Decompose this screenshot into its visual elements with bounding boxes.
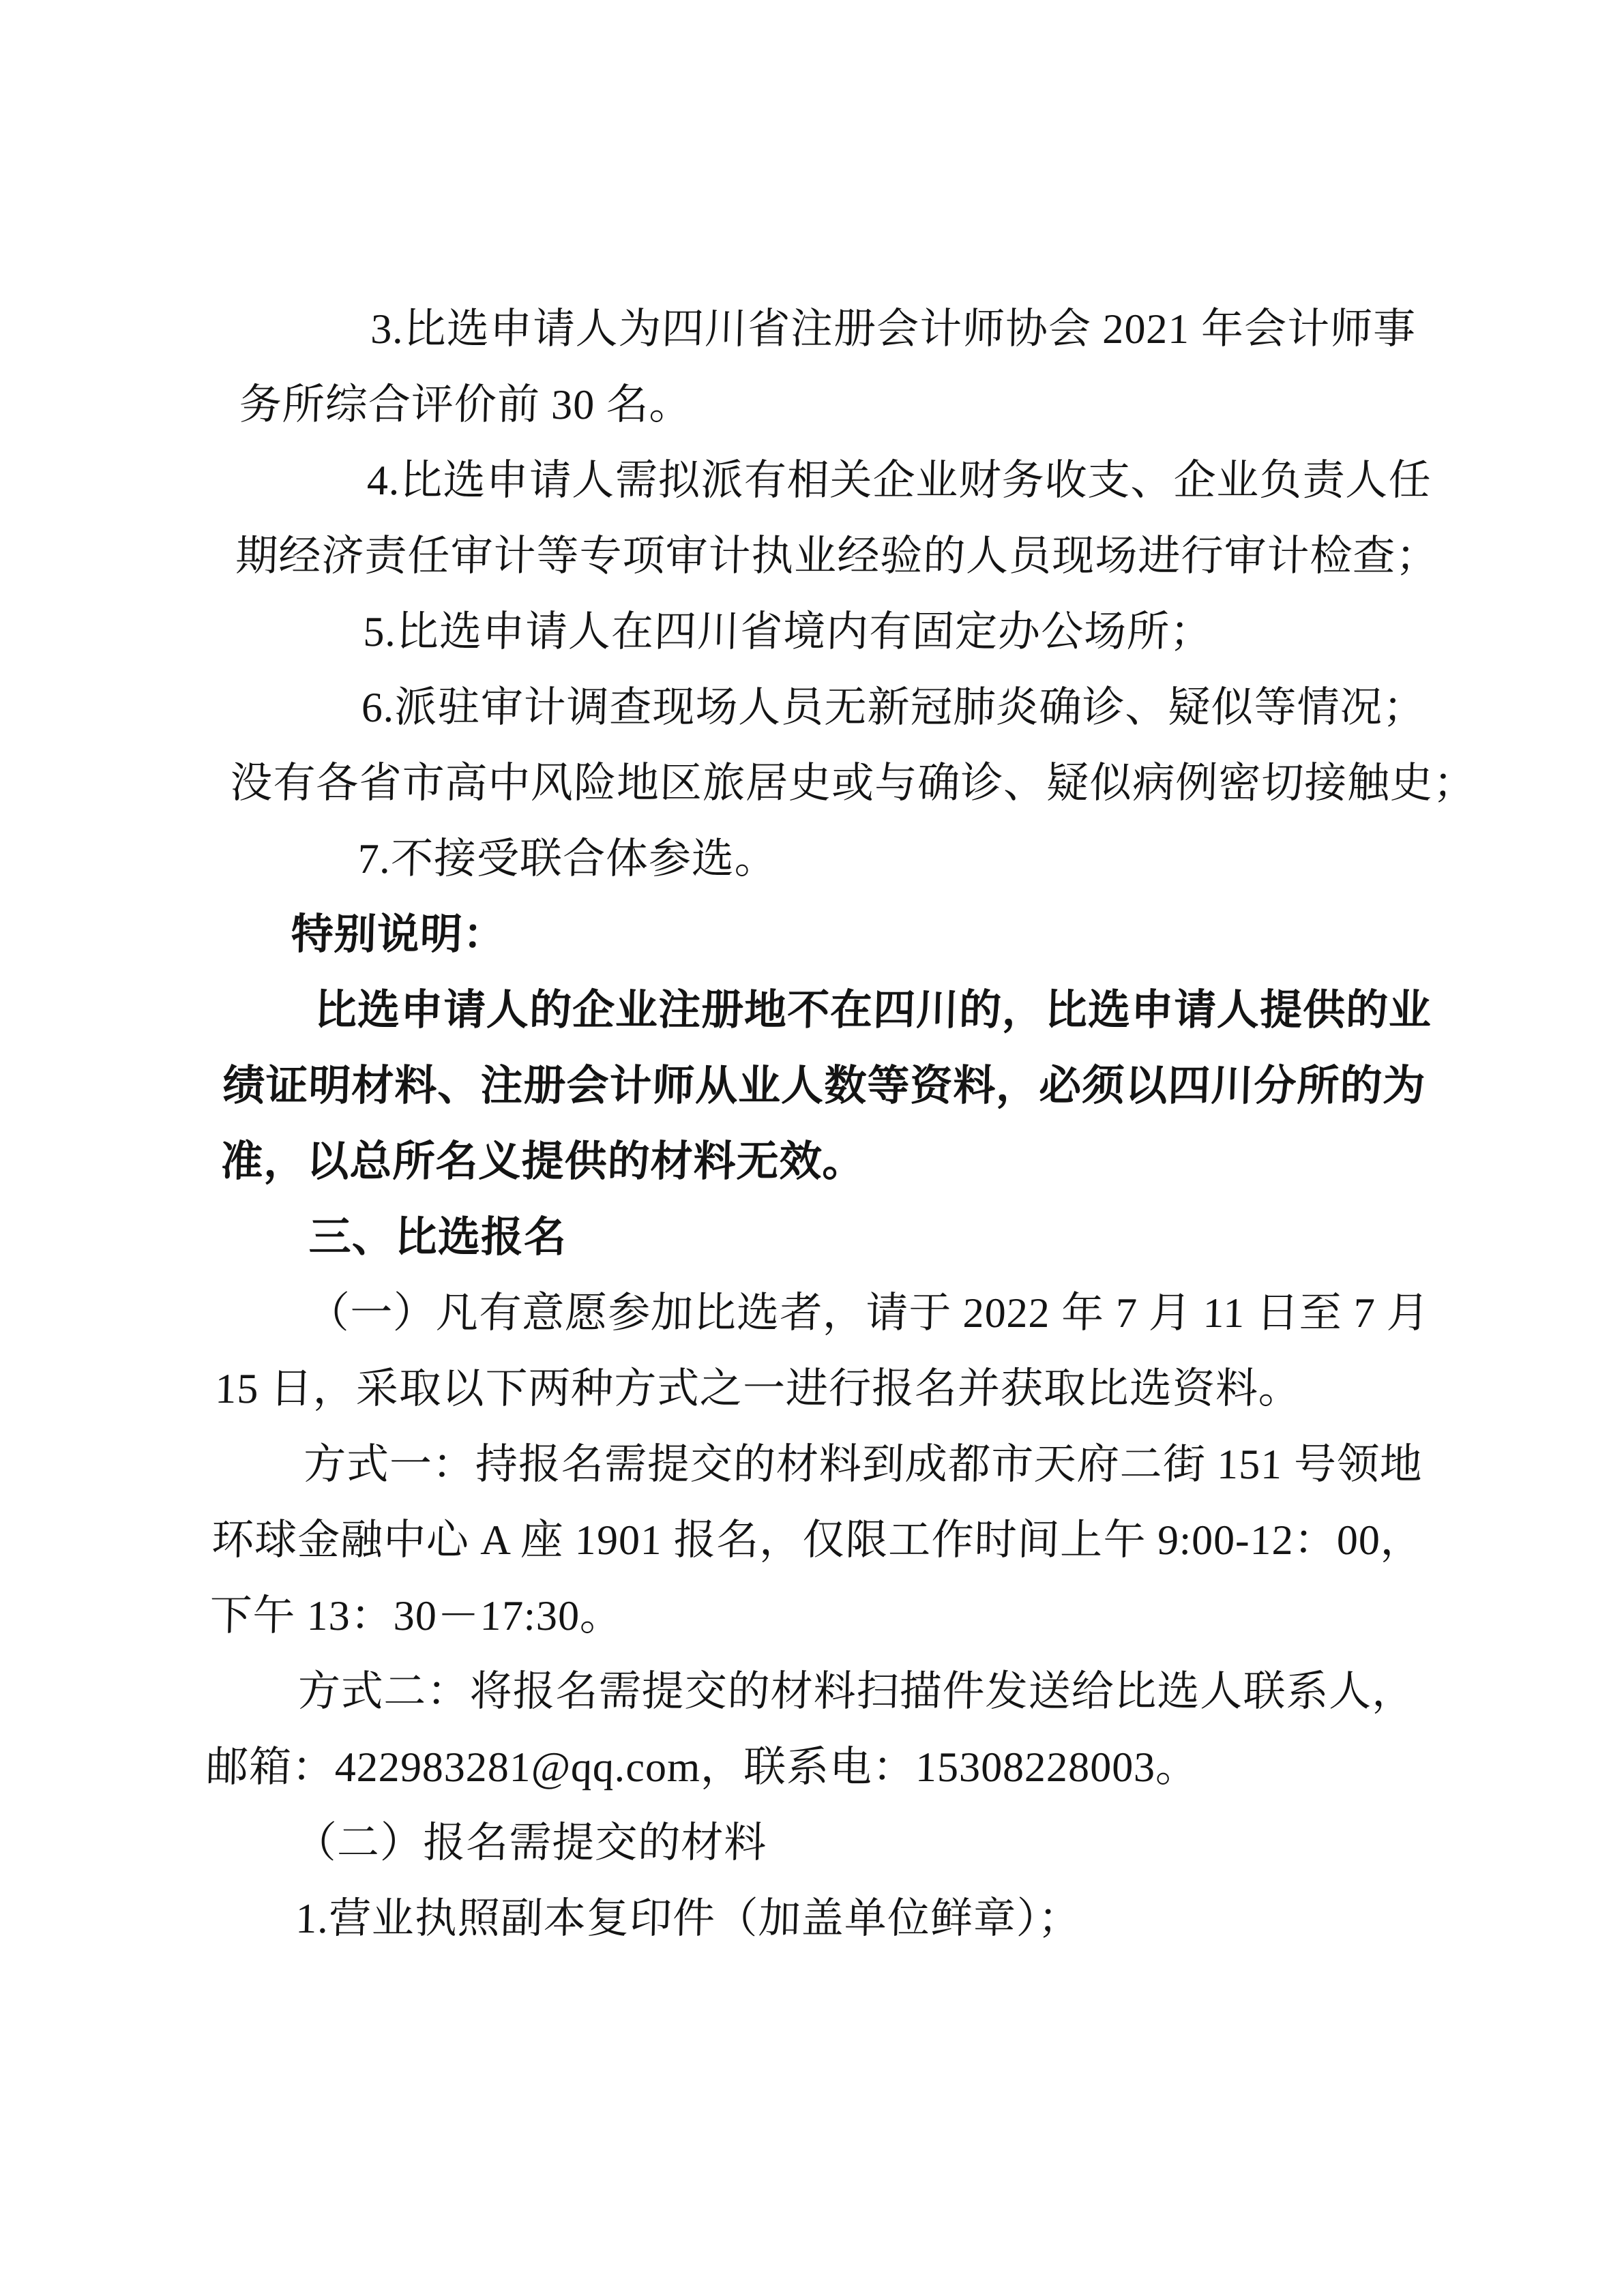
item3-line2: 务所综合评价前 30 名。	[238, 368, 1468, 443]
special-note-line1: 比选申请人的企业注册地不在四川的，比选申请人提供的业	[224, 973, 1453, 1049]
document-page: 3.比选申请人为四川省注册会计师协会 2021 年会计师事 务所综合评价前 30…	[0, 0, 1624, 2296]
method2-line2: 邮箱：422983281@qq.com，联系电：15308228003。	[205, 1730, 1435, 1806]
item6-line2: 没有各省市高中风险地区旅居史或与确诊、疑似病例密切接触史；	[229, 746, 1459, 822]
item4-line1: 4.比选申请人需拟派有相关企业财务收支、企业负责人任	[237, 443, 1466, 519]
material-item1-line: 1.营业执照副本复印件（加盖单位鲜章）；	[201, 1881, 1431, 1957]
item3-line1: 3.比选申请人为四川省注册会计师协会 2021 年会计师事	[240, 292, 1470, 368]
materials-heading: （二）报名需提交的材料	[203, 1806, 1433, 1881]
registration-line1: （一）凡有意愿参加比选者，请于 2022 年 7 月 11 日至 7 月	[216, 1276, 1446, 1352]
method1-line3: 下午 13：30－17:30。	[209, 1579, 1438, 1654]
item7-line: 7.不接受联合体参选。	[227, 822, 1457, 897]
document-text-block: 3.比选申请人为四川省注册会计师协会 2021 年会计师事 务所综合评价前 30…	[201, 292, 1470, 1957]
registration-line2: 15 日，采取以下两种方式之一进行报名并获取比选资料。	[214, 1352, 1444, 1427]
method2-line1: 方式二：将报名需提交的材料扫描件发送给比选人联系人，	[207, 1654, 1436, 1730]
special-note-line3: 准，以总所名义提供的材料无效。	[220, 1124, 1449, 1200]
method1-line2: 环球金融中心 A 座 1901 报名，仅限工作时间上午 9:00-12：00，	[211, 1503, 1441, 1579]
section3-heading: 三、比选报名	[218, 1200, 1448, 1276]
method1-line1: 方式一：持报名需提交的材料到成都市天府二街 151 号领地	[212, 1427, 1442, 1503]
special-note-line2: 绩证明材料、注册会计师从业人数等资料，必须以四川分所的为	[222, 1049, 1451, 1124]
item5-line: 5.比选申请人在四川省境内有固定办公场所；	[233, 595, 1462, 670]
item4-line2: 期经济责任审计等专项审计执业经验的人员现场进行审计检查；	[235, 519, 1464, 595]
special-note-heading: 特别说明：	[225, 897, 1455, 973]
item6-line1: 6.派驻审计调查现场人员无新冠肺炎确诊、疑似等情况；	[231, 670, 1461, 746]
